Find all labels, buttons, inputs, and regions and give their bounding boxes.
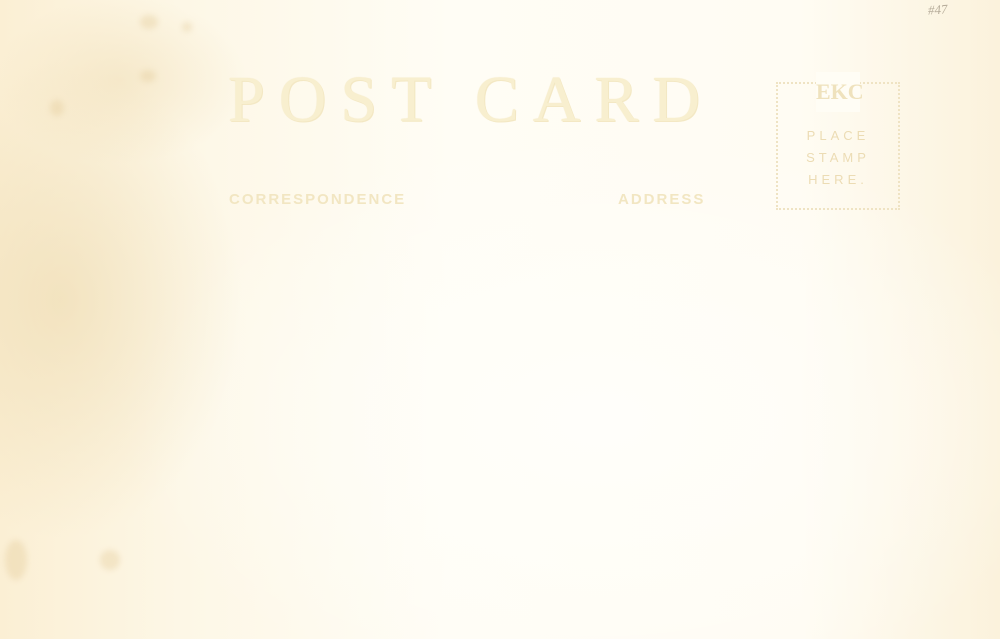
ekc-logo-icon: EKC xyxy=(816,72,860,112)
stain xyxy=(5,540,27,580)
stain xyxy=(140,70,156,82)
pencil-note: #47 xyxy=(927,1,948,18)
address-label: ADDRESS xyxy=(618,191,705,208)
stain xyxy=(182,22,192,32)
postcard-back: #47 POST CARD CORRESPONDENCE ADDRESS EKC… xyxy=(0,0,1000,639)
stamp-text-line3: HERE. xyxy=(778,172,898,187)
stamp-text-line1: PLACE xyxy=(778,128,898,143)
stain xyxy=(100,550,120,570)
stain xyxy=(50,100,64,116)
stain xyxy=(140,15,158,29)
stamp-box: EKC PLACE STAMP HERE. xyxy=(776,82,900,210)
postcard-title: POST CARD xyxy=(228,62,714,138)
correspondence-label: CORRESPONDENCE xyxy=(229,191,406,208)
stamp-text-line2: STAMP xyxy=(778,150,898,165)
